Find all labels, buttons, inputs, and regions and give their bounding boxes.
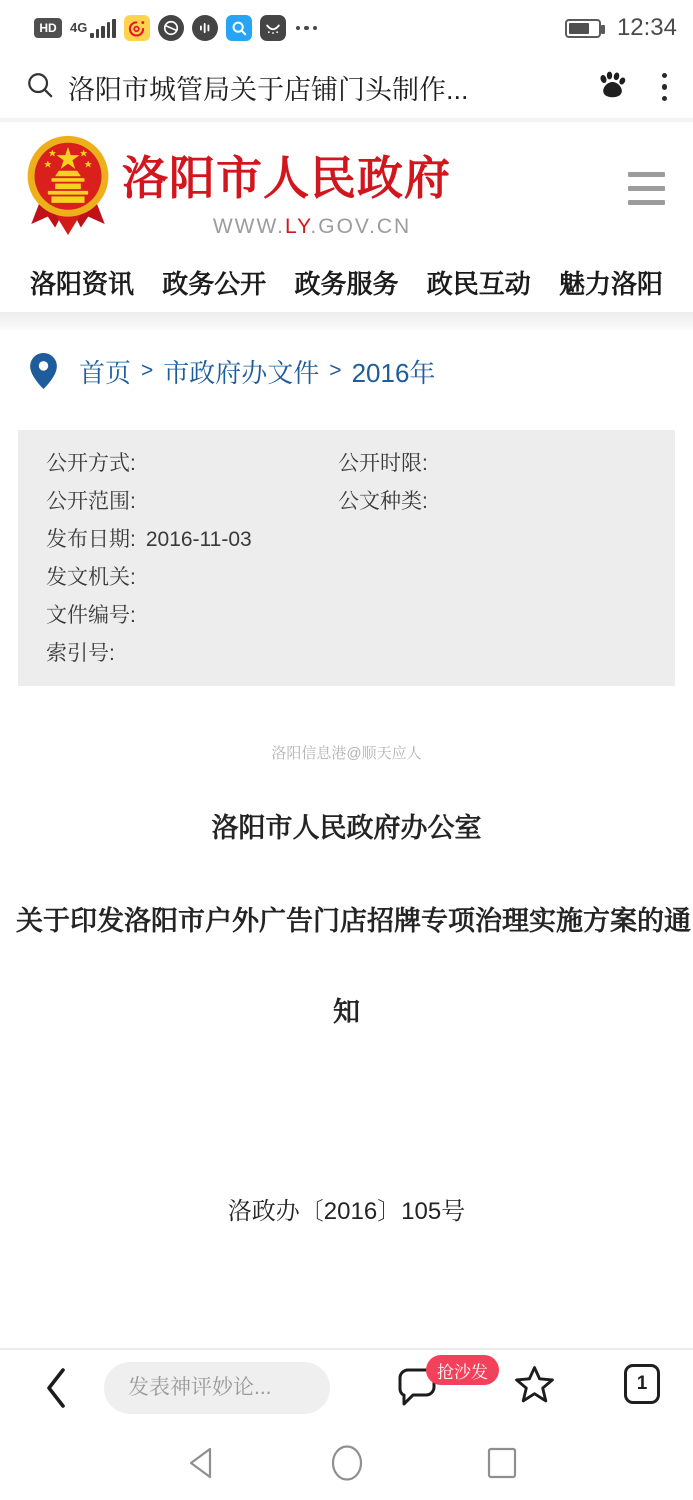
document-org-title: 洛阳市人民政府办公室 (0, 806, 693, 845)
main-nav: 洛阳资讯 政务公开 政务服务 政民互动 魅力洛阳 (0, 252, 693, 312)
more-apps-ellipsis (296, 26, 318, 31)
meta-label-open-period: 公开时限: (338, 452, 428, 475)
battery-icon (565, 19, 601, 38)
breadcrumb-year-2016[interactable]: 2016年 (352, 353, 436, 390)
document-title-line2: 知 (0, 990, 693, 1029)
meta-label-doc-type: 公文种类: (338, 490, 428, 513)
location-pin-icon (30, 353, 57, 390)
site-header: 洛阳市人民政府 WWW.LY.GOV.CN (0, 126, 693, 252)
meta-label-index-number: 索引号: (46, 642, 115, 665)
site-url: WWW.LY.GOV.CN (122, 215, 502, 239)
signal-bars-icon (90, 19, 116, 38)
meta-row: 文件编号: (18, 597, 675, 635)
site-title: 洛阳市人民政府 (122, 142, 502, 208)
search-query-text[interactable]: 洛阳市城管局关于店铺门头制作... (68, 68, 584, 107)
meta-row: 公开范围:公文种类: (18, 483, 675, 521)
android-recent-icon[interactable] (486, 1446, 518, 1485)
nav-item-charm-luoyang[interactable]: 魅力洛阳 (559, 264, 663, 301)
android-nav-bar (0, 1424, 693, 1500)
url-ly: LY (285, 215, 310, 238)
browser-bottom-toolbar: 抢沙发 1 (0, 1348, 693, 1424)
tab-count-box[interactable]: 1 (624, 1364, 660, 1404)
nav-divider (0, 312, 693, 330)
comment-input[interactable] (104, 1362, 330, 1414)
android-back-icon[interactable] (186, 1446, 216, 1485)
meta-label-open-method: 公开方式: (46, 445, 338, 483)
star-icon[interactable] (514, 1365, 555, 1409)
document-number: 洛政办〔2016〕105号 (0, 1191, 693, 1226)
status-bar: HD 4G (0, 0, 693, 56)
meta-row: 发文机关: (18, 559, 675, 597)
breadcrumb-separator: > (141, 359, 153, 383)
kebab-menu-icon[interactable] (662, 73, 668, 102)
national-emblem-logo[interactable] (22, 134, 114, 240)
baidu-paw-icon[interactable] (596, 70, 628, 105)
nav-item-luoyang-news[interactable]: 洛阳资讯 (30, 264, 134, 301)
nav-item-gov-disclosure[interactable]: 政务公开 (162, 264, 266, 301)
browser-search-bar[interactable]: 洛阳市城管局关于店铺门头制作... (0, 56, 693, 122)
nav-item-gov-services[interactable]: 政务服务 (294, 264, 398, 301)
nav-item-interaction[interactable]: 政民互动 (427, 264, 531, 301)
url-rest: .GOV.CN (310, 215, 411, 238)
meta-label-open-scope: 公开范围: (46, 483, 338, 521)
recorder-app-icon (192, 15, 218, 41)
signal-indicator: 4G (70, 19, 116, 38)
url-www: WWW. (213, 215, 285, 238)
first-comment-badge: 抢沙发 (426, 1355, 499, 1385)
network-type-label: 4G (70, 21, 87, 34)
search-icon (26, 71, 54, 104)
watermark-text: 洛阳信息港@顺天应人 (0, 742, 693, 763)
clock: 12:34 (617, 14, 677, 42)
phone-screen: HD 4G (0, 0, 693, 1500)
meta-row: 发布日期:2016-11-03 (18, 521, 675, 559)
search-app-icon (226, 15, 252, 41)
breadcrumb-separator: > (329, 359, 341, 383)
meta-row: 索引号: (18, 635, 675, 673)
meta-label-issuing-agency: 发文机关: (46, 566, 136, 589)
meta-row: 公开方式:公开时限: (18, 445, 675, 483)
android-home-icon[interactable] (329, 1442, 365, 1489)
weibo-app-icon (124, 15, 150, 41)
meta-label-doc-number: 文件编号: (46, 604, 136, 627)
breadcrumb-gov-docs[interactable]: 市政府办文件 (163, 353, 319, 390)
globe-app-icon (158, 15, 184, 41)
meta-label-publish-date: 发布日期: (46, 528, 136, 551)
back-chevron-icon[interactable] (44, 1366, 68, 1415)
document-title-line1: 关于印发洛阳市户外广告门店招牌专项治理实施方案的通 (0, 899, 693, 938)
breadcrumb-home[interactable]: 首页 (79, 353, 131, 390)
hamburger-menu-icon[interactable] (628, 172, 665, 214)
meta-value-publish-date: 2016-11-03 (146, 528, 252, 551)
document-meta-panel: 公开方式:公开时限: 公开范围:公文种类: 发布日期:2016-11-03 发文… (18, 430, 675, 686)
tab-count-label: 1 (637, 1373, 648, 1395)
huawei-app-icon (260, 15, 286, 41)
comment-input-pill[interactable] (104, 1362, 330, 1414)
breadcrumb: 首页 > 市政府办文件 > 2016年 (0, 330, 693, 412)
hd-indicator: HD (34, 18, 62, 38)
